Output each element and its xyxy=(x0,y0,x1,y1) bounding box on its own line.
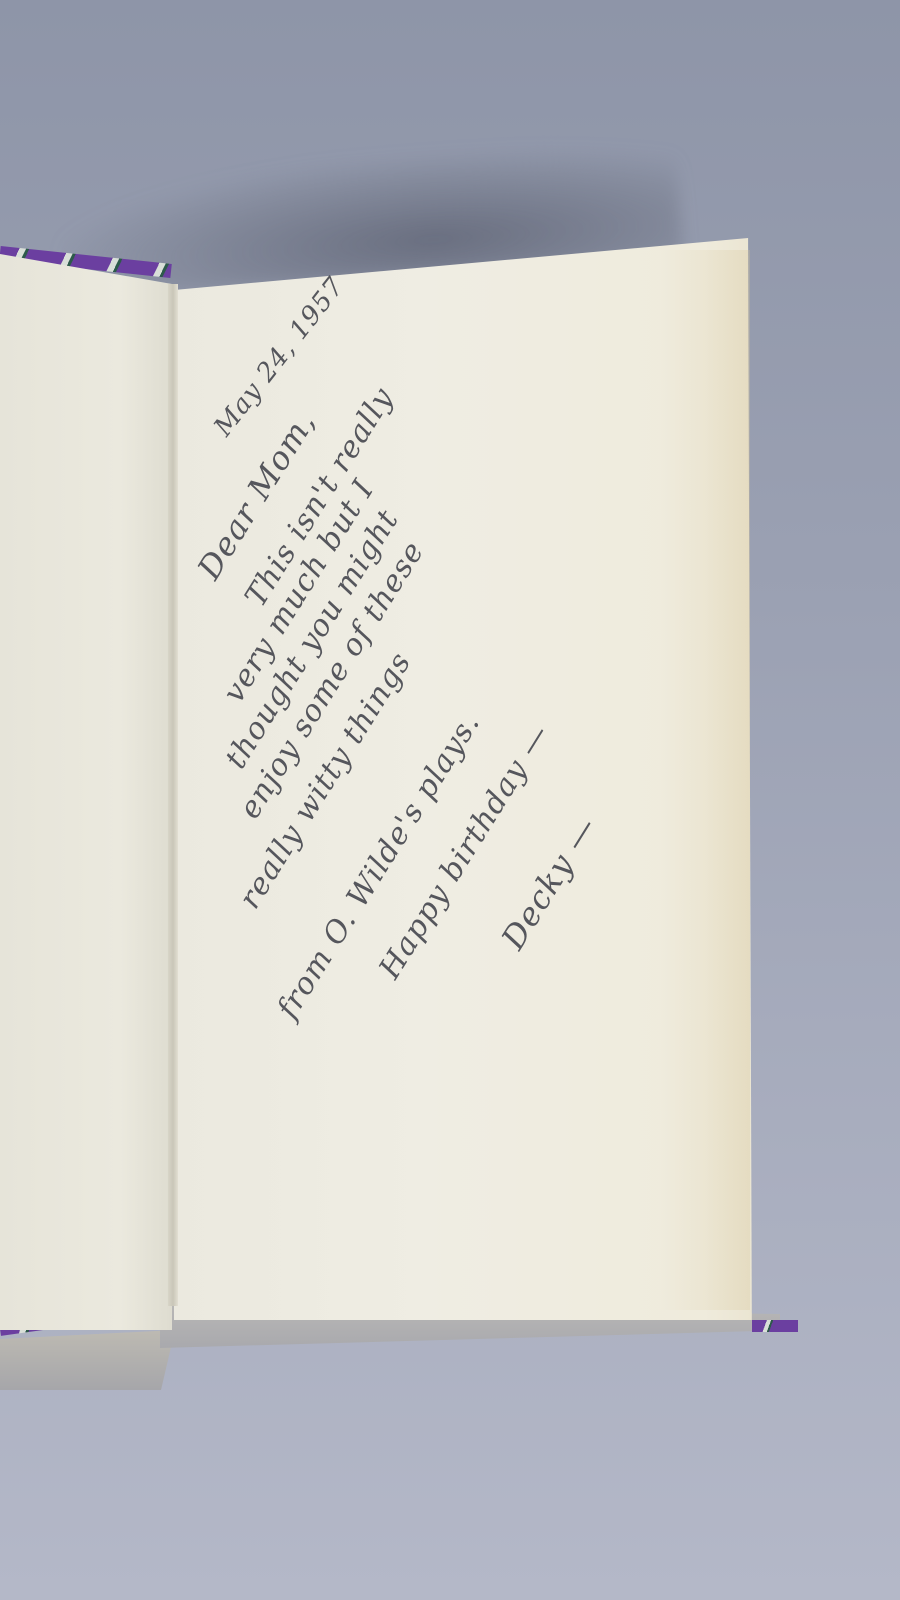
book-gutter xyxy=(168,284,178,1306)
lower-cover-left xyxy=(0,1330,175,1390)
photo-scene: May 24, 1957 Dear Mom, This isn't really… xyxy=(0,0,900,1600)
page-edge-toning xyxy=(660,250,750,1310)
left-page xyxy=(0,254,172,1330)
cover-edge-bottom-right xyxy=(752,1320,798,1332)
